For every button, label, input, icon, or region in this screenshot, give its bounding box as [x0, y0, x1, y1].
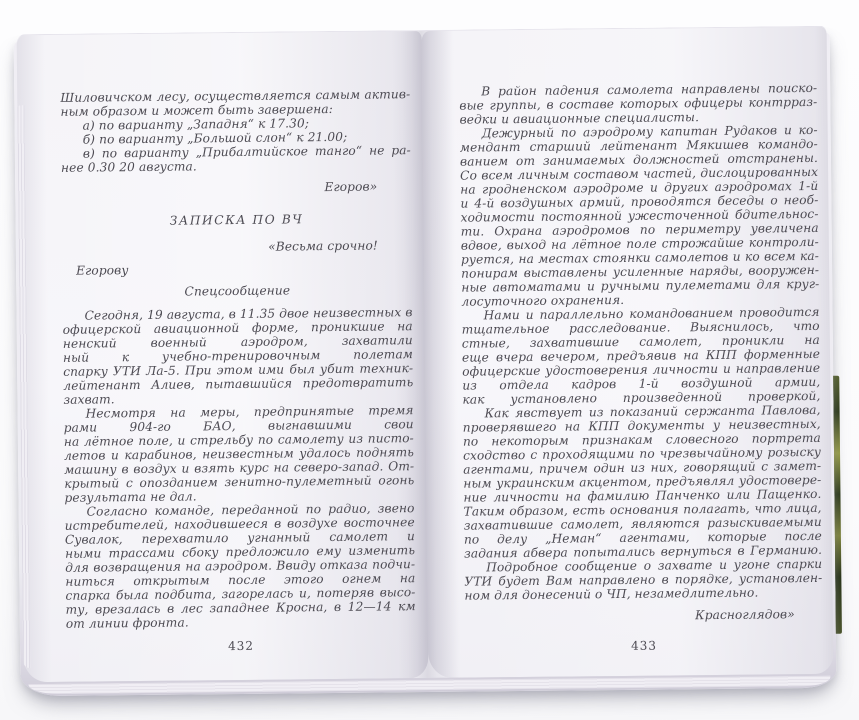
text-line: ЗАПИСКА ПО ВЧ [62, 211, 412, 229]
text-line: Егоров» [61, 179, 411, 197]
text-line: Егорову [62, 260, 412, 278]
right-page-text: В район падения самолета направлены поис… [459, 81, 823, 625]
open-book: Шиловичском лесу, осуществляется самым а… [17, 26, 840, 687]
text-line: Спецсообщение [62, 282, 412, 300]
text-line: «Весьма срочно! [62, 238, 412, 256]
text-line: ном для донесений о ЧП, незамедлительно. [464, 585, 822, 603]
text-line: нее 0.30 20 августа. [61, 157, 411, 175]
left-page-text: Шиловичском лесу, осуществляется самым а… [60, 87, 416, 631]
page-spread: Шиловичском лесу, осуществляется самым а… [17, 26, 834, 682]
book-photo: Шиловичском лесу, осуществляется самым а… [0, 0, 859, 720]
